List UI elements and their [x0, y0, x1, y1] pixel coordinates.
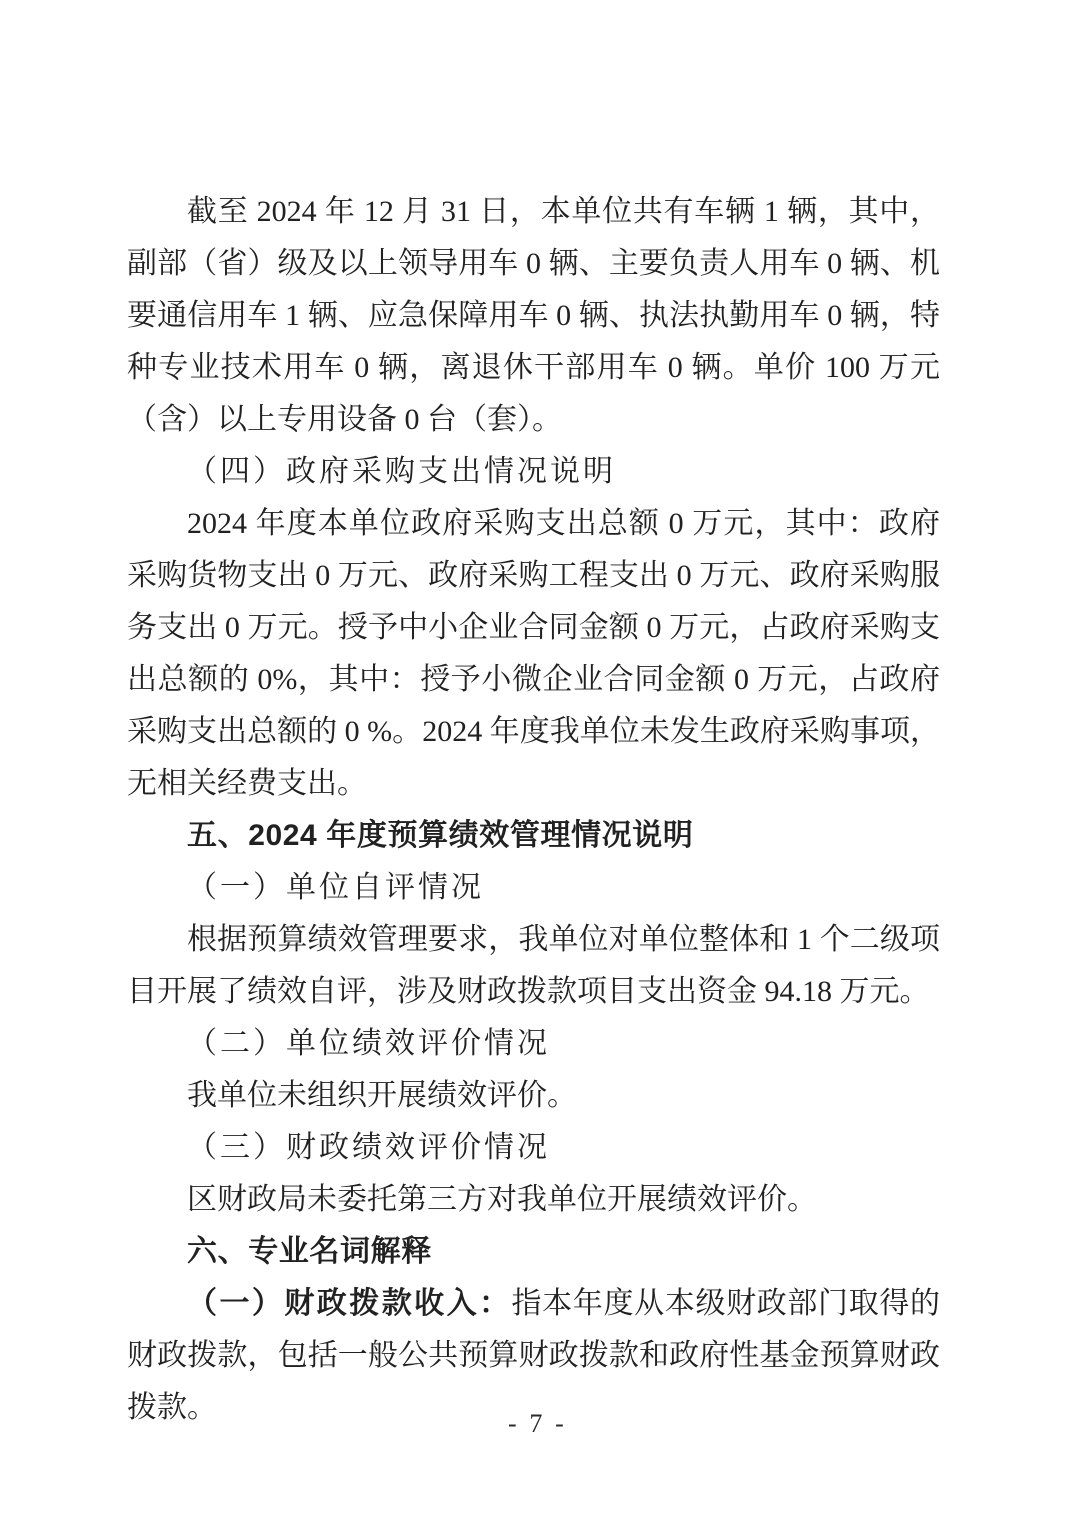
para-self-evaluation: 根据预算绩效管理要求，我单位对单位整体和 1 个二级项目开展了绩效自评，涉及财政…	[127, 914, 940, 1018]
subheading-gov-procurement: （四）政府采购支出情况说明	[127, 446, 940, 498]
subheading-fiscal-performance-evaluation: （三）财政绩效评价情况	[127, 1122, 940, 1174]
term-lead-fiscal-appropriation-income: （一）财政拨款收入：	[187, 1287, 512, 1320]
heading-section-5-budget-performance: 五、2024 年度预算绩效管理情况说明	[127, 810, 940, 862]
para-gov-procurement: 2024 年度本单位政府采购支出总额 0 万元，其中：政府采购货物支出 0 万元…	[127, 498, 940, 810]
subheading-unit-performance-evaluation: （二）单位绩效评价情况	[127, 1018, 940, 1070]
heading-section-6-glossary: 六、专业名词解释	[127, 1226, 940, 1278]
para-vehicle-fleet: 截至 2024 年 12 月 31 日，本单位共有车辆 1 辆，其中，副部（省）…	[127, 186, 940, 446]
document-page: 截至 2024 年 12 月 31 日，本单位共有车辆 1 辆，其中，副部（省）…	[0, 0, 1075, 1520]
para-fiscal-performance-evaluation: 区财政局未委托第三方对我单位开展绩效评价。	[127, 1174, 940, 1226]
page-number: - 7 -	[0, 1398, 1075, 1450]
subheading-self-evaluation: （一）单位自评情况	[127, 862, 940, 914]
para-unit-performance-evaluation: 我单位未组织开展绩效评价。	[127, 1070, 940, 1122]
